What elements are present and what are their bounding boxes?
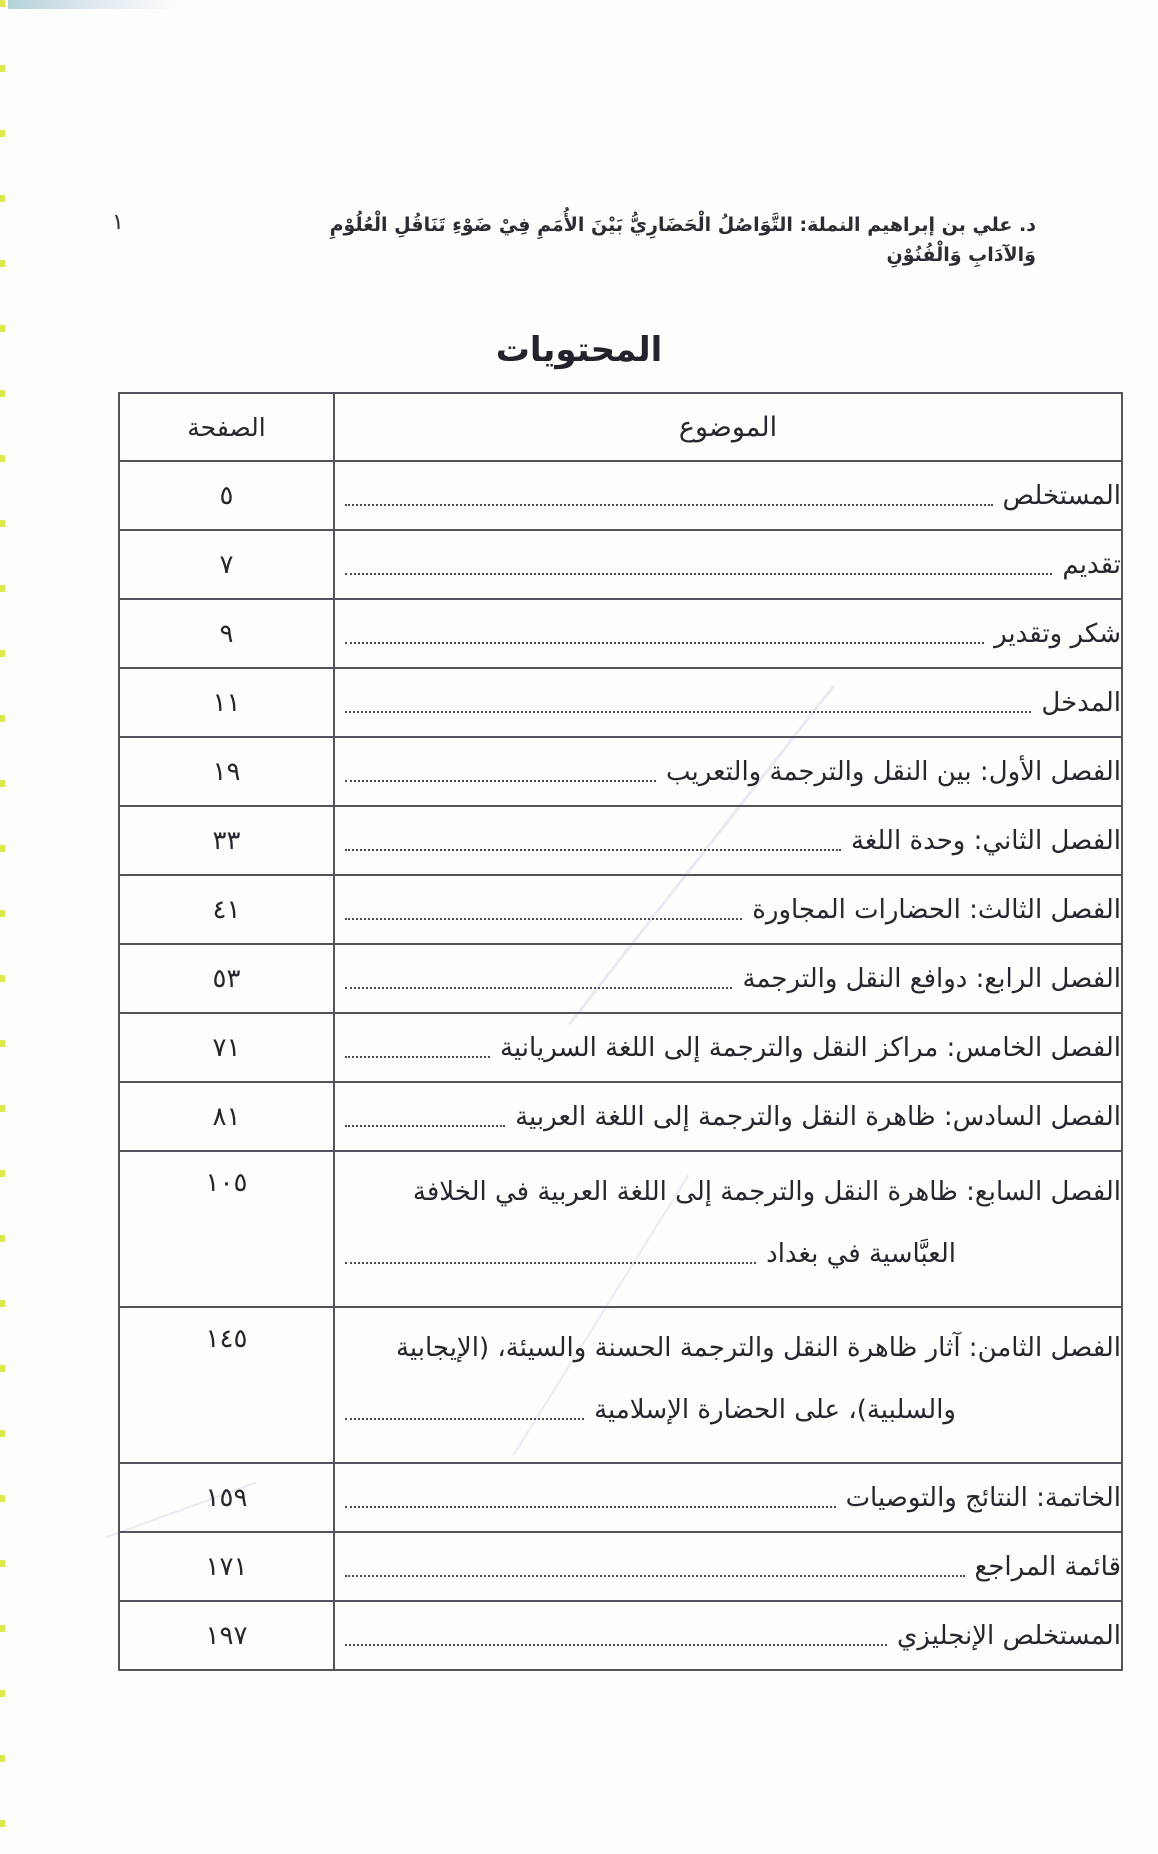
toc-row: الفصل الخامس: مراكز النقل والترجمة إلى ا… [119, 1013, 1122, 1082]
toc-entry-label: الفصل الخامس: مراكز النقل والترجمة إلى ا… [500, 1033, 1121, 1063]
toc-entry-page-number: ١٤٥ [119, 1307, 334, 1463]
toc-entry-page-number: ٥ [119, 461, 334, 530]
toc-entry-page-number: ١١ [119, 668, 334, 737]
toc-row: المدخل١١ [119, 668, 1122, 737]
toc-entry-page-number: ٤١ [119, 875, 334, 944]
toc-entry-topic: الفصل الأول: بين النقل والترجمة والتعريب [334, 737, 1122, 806]
dot-leader [345, 849, 841, 851]
toc-entry-page-number: ٩ [119, 599, 334, 668]
dot-leader [345, 1575, 965, 1577]
toc-table: الموضوع الصفحة المستخلص٥تقديم٧شكر وتقدير… [118, 392, 1123, 1671]
toc-entry-label: الفصل الثالث: الحضارات المجاورة [752, 895, 1121, 925]
dot-leader [345, 987, 732, 989]
toc-entry-page-number: ١٠٥ [119, 1151, 334, 1307]
dot-leader [345, 780, 656, 782]
toc-row: الفصل الثالث: الحضارات المجاورة٤١ [119, 875, 1122, 944]
header-book-title: د. علي بن إبراهيم النملة: التَّوَاصُلُ ا… [276, 210, 1036, 271]
toc-entry-label: المدخل [1041, 688, 1121, 718]
dot-leader [345, 711, 1031, 713]
toc-row: تقديم٧ [119, 530, 1122, 599]
toc-entry-page-number: ٣٣ [119, 806, 334, 875]
toc-entry-topic: الفصل السابع: ظاهرة النقل والترجمة إلى ا… [334, 1151, 1122, 1307]
toc-row: الفصل الرابع: دوافع النقل والترجمة٥٣ [119, 944, 1122, 1013]
toc-entry-page-number: ٨١ [119, 1082, 334, 1151]
toc-entry-label: شكر وتقدير [994, 619, 1121, 649]
dot-leader [345, 1056, 490, 1058]
dot-leader [345, 1644, 887, 1646]
toc-entry-topic: المستخلص [334, 461, 1122, 530]
dot-leader [345, 504, 993, 506]
toc-entry-label: الخاتمة: النتائج والتوصيات [846, 1483, 1121, 1513]
toc-entry-topic: شكر وتقدير [334, 599, 1122, 668]
toc-entry-topic: تقديم [334, 530, 1122, 599]
column-header-page: الصفحة [119, 393, 334, 461]
toc-entry-label-line2: العبَّاسية في بغداد [766, 1239, 956, 1269]
toc-entry-page-number: ١٩٧ [119, 1601, 334, 1670]
dot-leader [345, 1125, 505, 1127]
toc-entry-topic: الفصل الثاني: وحدة اللغة [334, 806, 1122, 875]
toc-entry-label: الفصل الثاني: وحدة اللغة [851, 826, 1121, 856]
scan-edge-artifacts [0, 0, 5, 1854]
toc-entry-label: المستخلص [1003, 481, 1121, 511]
toc-entry-label: المستخلص الإنجليزي [897, 1621, 1121, 1651]
toc-entry-topic: قائمة المراجع [334, 1532, 1122, 1601]
toc-entry-label-line2: والسلبية)، على الحضارة الإسلامية [594, 1395, 956, 1425]
running-header: ١ د. علي بن إبراهيم النملة: التَّوَاصُلُ… [112, 210, 1036, 271]
toc-entry-label: الفصل الرابع: دوافع النقل والترجمة [742, 964, 1121, 994]
page-title: المحتويات [0, 330, 1158, 370]
dot-leader [345, 918, 742, 920]
toc-entry-page-number: ١٧١ [119, 1532, 334, 1601]
toc-row: المستخلص الإنجليزي١٩٧ [119, 1601, 1122, 1670]
toc-row: الفصل الأول: بين النقل والترجمة والتعريب… [119, 737, 1122, 806]
toc-entry-topic: الفصل الخامس: مراكز النقل والترجمة إلى ا… [334, 1013, 1122, 1082]
toc-entry-label: الفصل الثامن: آثار ظاهرة النقل والترجمة … [396, 1333, 1121, 1363]
scanned-book-page: ١ د. علي بن إبراهيم النملة: التَّوَاصُلُ… [0, 0, 1158, 1854]
toc-row: الفصل السادس: ظاهرة النقل والترجمة إلى ا… [119, 1082, 1122, 1151]
dot-leader [345, 573, 1052, 575]
dot-leader [345, 1262, 756, 1264]
column-header-topic: الموضوع [334, 393, 1122, 461]
toc-entry-page-number: ١٩ [119, 737, 334, 806]
toc-entry-topic: الفصل الثامن: آثار ظاهرة النقل والترجمة … [334, 1307, 1122, 1463]
toc-entry-topic: المدخل [334, 668, 1122, 737]
toc-entry-topic: الفصل الرابع: دوافع النقل والترجمة [334, 944, 1122, 1013]
toc-entry-label: تقديم [1062, 550, 1121, 580]
dot-leader [345, 1506, 836, 1508]
toc-entry-label: الفصل السابع: ظاهرة النقل والترجمة إلى ا… [413, 1177, 1121, 1207]
toc-entry-topic: الخاتمة: النتائج والتوصيات [334, 1463, 1122, 1532]
toc-entry-label: قائمة المراجع [975, 1552, 1121, 1582]
toc-header-row: الموضوع الصفحة [119, 393, 1122, 461]
toc-row: الفصل السابع: ظاهرة النقل والترجمة إلى ا… [119, 1151, 1122, 1307]
scan-corner-smudge [8, 0, 178, 9]
toc-row: قائمة المراجع١٧١ [119, 1532, 1122, 1601]
toc-row: الفصل الثامن: آثار ظاهرة النقل والترجمة … [119, 1307, 1122, 1463]
toc-row: الفصل الثاني: وحدة اللغة٣٣ [119, 806, 1122, 875]
toc-entry-label: الفصل السادس: ظاهرة النقل والترجمة إلى ا… [515, 1102, 1121, 1132]
toc-entry-page-number: ٧ [119, 530, 334, 599]
toc-row: المستخلص٥ [119, 461, 1122, 530]
toc-entry-page-number: ٥٣ [119, 944, 334, 1013]
toc-row: الخاتمة: النتائج والتوصيات١٥٩ [119, 1463, 1122, 1532]
toc-entry-label: الفصل الأول: بين النقل والترجمة والتعريب [666, 757, 1121, 787]
toc-entry-topic: الفصل الثالث: الحضارات المجاورة [334, 875, 1122, 944]
dot-leader [345, 1418, 584, 1420]
toc-row: شكر وتقدير٩ [119, 599, 1122, 668]
toc-entry-page-number: ١٥٩ [119, 1463, 334, 1532]
toc-entry-topic: المستخلص الإنجليزي [334, 1601, 1122, 1670]
toc-entry-page-number: ٧١ [119, 1013, 334, 1082]
header-page-number: ١ [112, 210, 124, 235]
toc-entry-topic: الفصل السادس: ظاهرة النقل والترجمة إلى ا… [334, 1082, 1122, 1151]
dot-leader [345, 642, 984, 644]
